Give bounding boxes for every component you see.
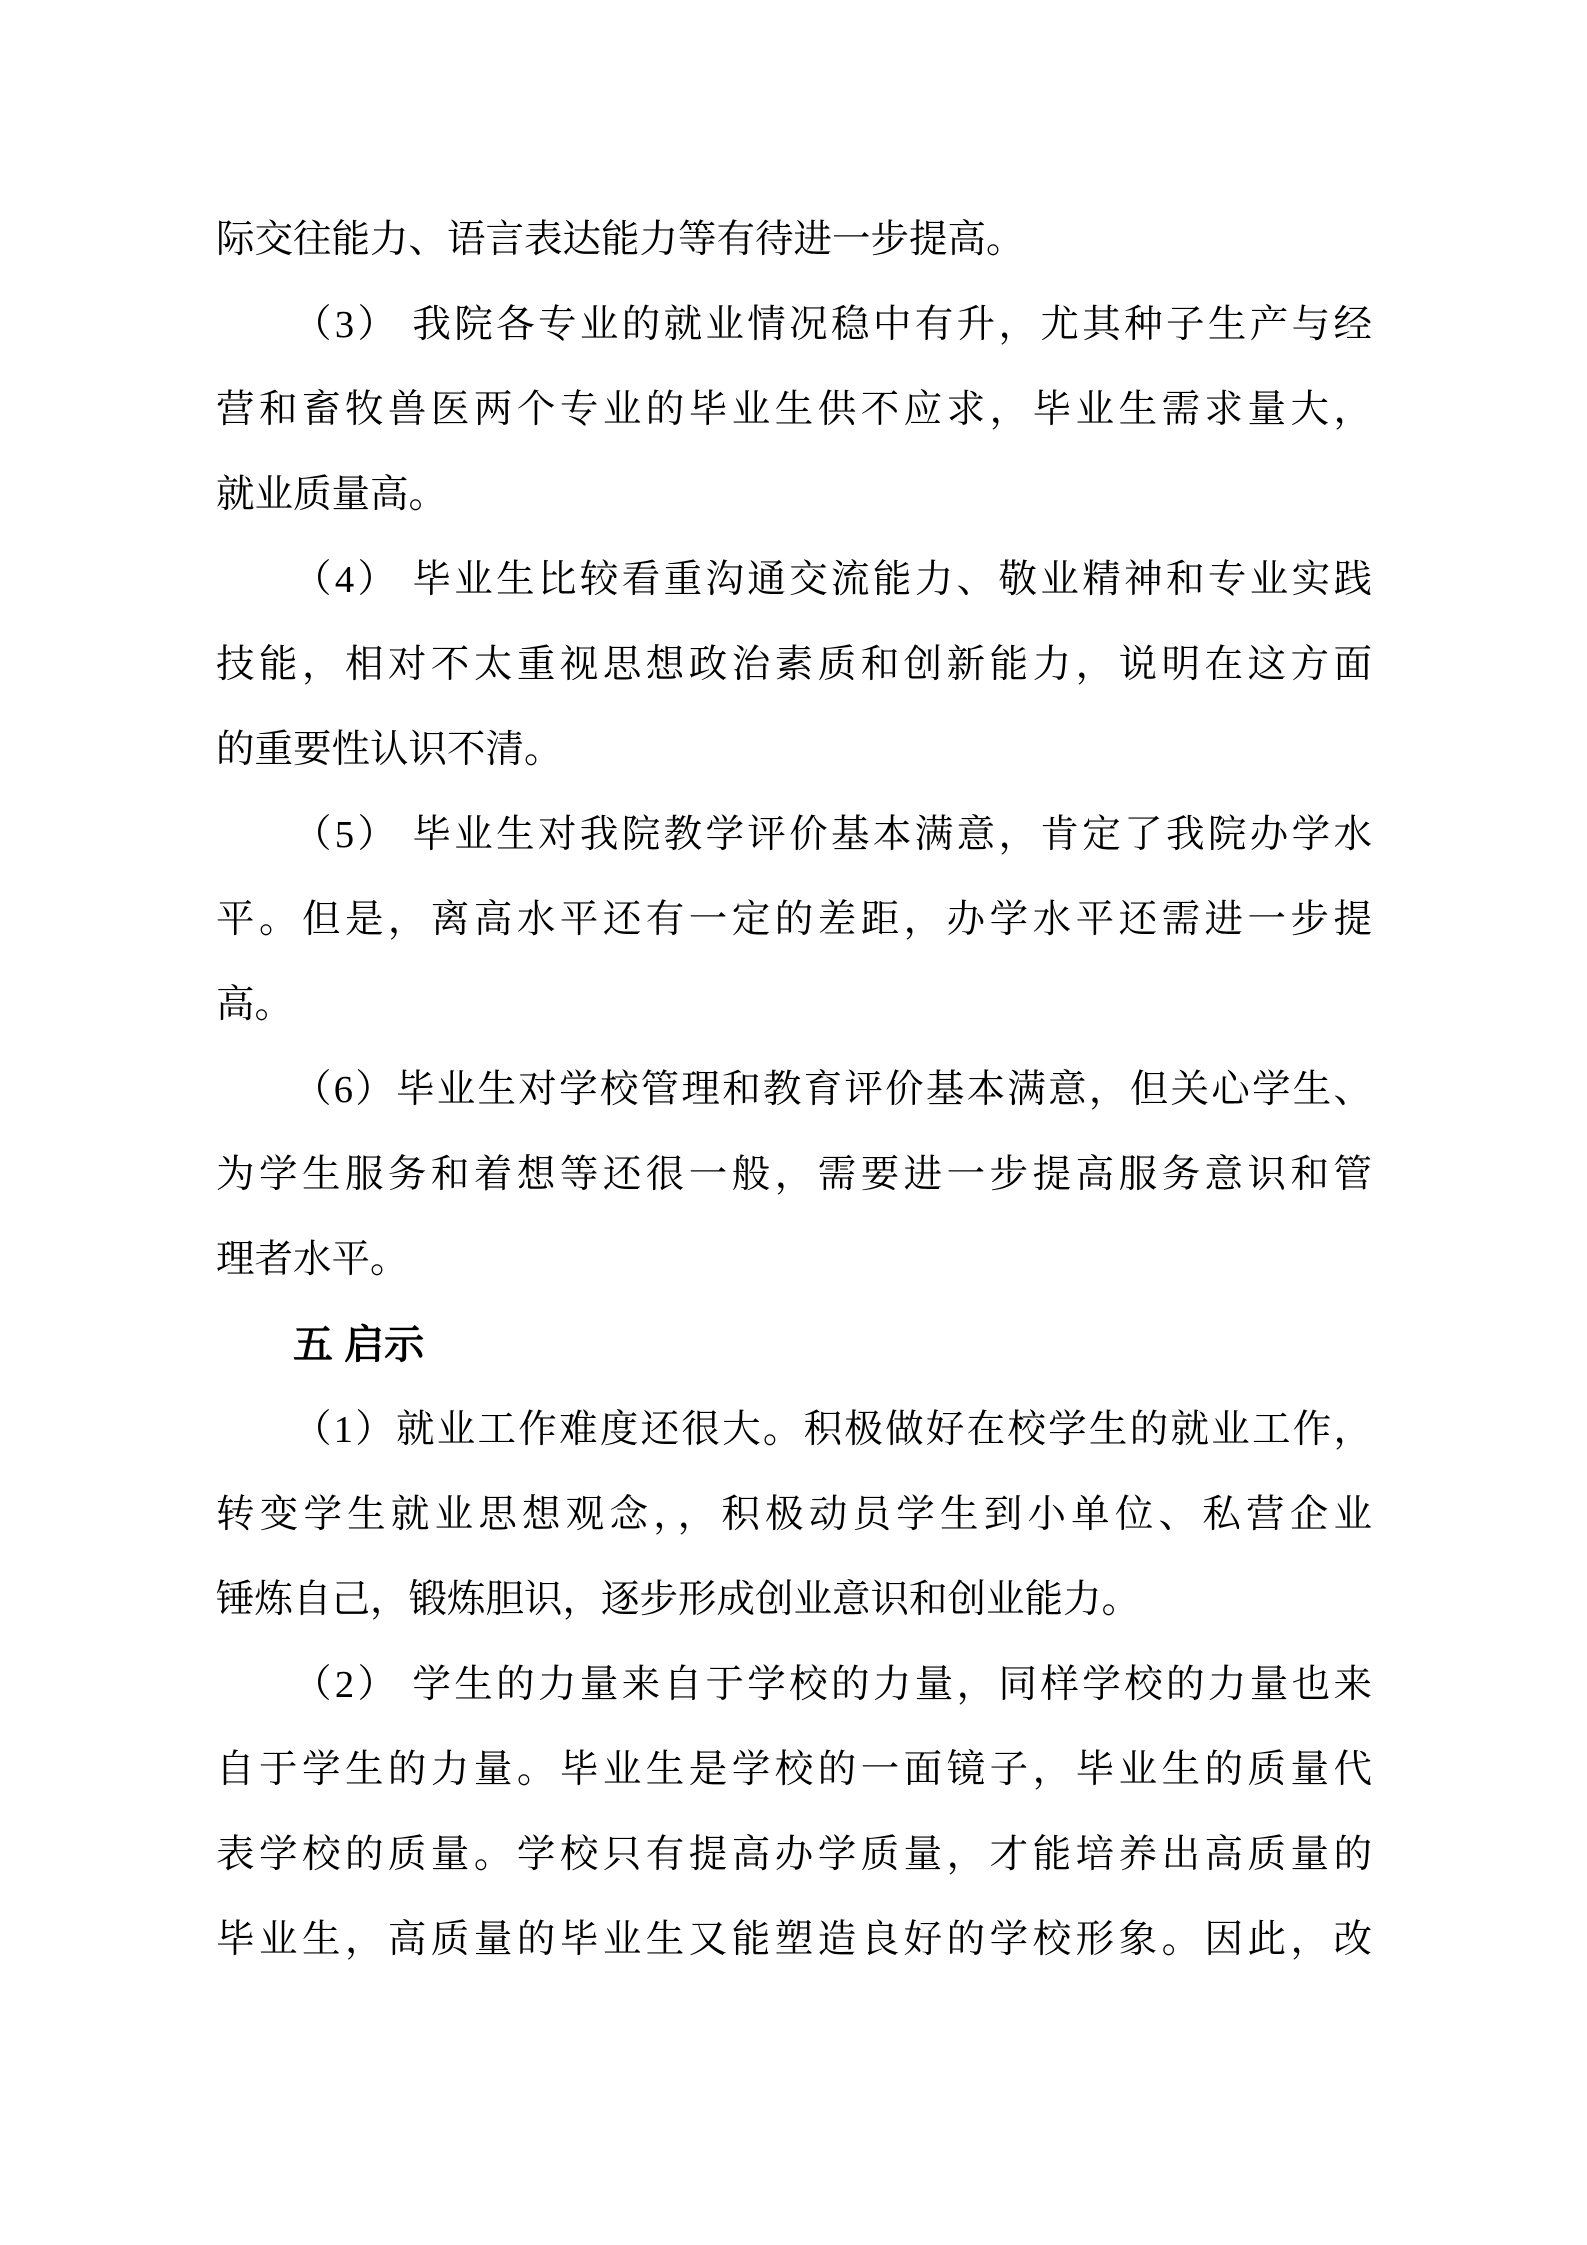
doc-line: 际交往能力、语言表达能力等有待进一步提高。 bbox=[216, 198, 1372, 283]
doc-line: 的重要性认识不清。 bbox=[216, 708, 1372, 793]
doc-line: 营和畜牧兽医两个专业的毕业生供不应求，毕业生需求量大， bbox=[216, 368, 1372, 453]
doc-line: （1）就业工作难度还很大。积极做好在校学生的就业工作， bbox=[216, 1388, 1372, 1473]
doc-line: （6）毕业生对学校管理和教育评价基本满意，但关心学生、 bbox=[216, 1048, 1372, 1133]
document-page: 际交往能力、语言表达能力等有待进一步提高。 （3） 我院各专业的就业情况稳中有升… bbox=[0, 0, 1587, 2245]
doc-line: （5） 毕业生对我院教学评价基本满意，肯定了我院办学水 bbox=[216, 793, 1372, 878]
doc-line: 平。但是，离高水平还有一定的差距，办学水平还需进一步提 bbox=[216, 878, 1372, 963]
section-heading: 五 启示 bbox=[216, 1303, 1372, 1388]
doc-line: 锤炼自己，锻炼胆识，逐步形成创业意识和创业能力。 bbox=[216, 1558, 1372, 1643]
doc-line: 理者水平。 bbox=[216, 1218, 1372, 1303]
doc-line: （2） 学生的力量来自于学校的力量，同样学校的力量也来 bbox=[216, 1643, 1372, 1728]
doc-line: 就业质量高。 bbox=[216, 453, 1372, 538]
doc-line: 高。 bbox=[216, 963, 1372, 1048]
doc-line: 自于学生的力量。毕业生是学校的一面镜子，毕业生的质量代 bbox=[216, 1728, 1372, 1813]
doc-line: 转变学生就业思想观念，，积极动员学生到小单位、私营企业 bbox=[216, 1473, 1372, 1558]
doc-line: 技能，相对不太重视思想政治素质和创新能力，说明在这方面 bbox=[216, 623, 1372, 708]
doc-line: 为学生服务和着想等还很一般，需要进一步提高服务意识和管 bbox=[216, 1133, 1372, 1218]
doc-line: 表学校的质量。学校只有提高办学质量，才能培养出高质量的 bbox=[216, 1813, 1372, 1898]
doc-line: （4） 毕业生比较看重沟通交流能力、敬业精神和专业实践 bbox=[216, 538, 1372, 623]
text-block: 际交往能力、语言表达能力等有待进一步提高。 （3） 我院各专业的就业情况稳中有升… bbox=[216, 198, 1372, 1983]
doc-line: 毕业生，高质量的毕业生又能塑造良好的学校形象。因此，改 bbox=[216, 1898, 1372, 1983]
doc-line: （3） 我院各专业的就业情况稳中有升，尤其种子生产与经 bbox=[216, 283, 1372, 368]
